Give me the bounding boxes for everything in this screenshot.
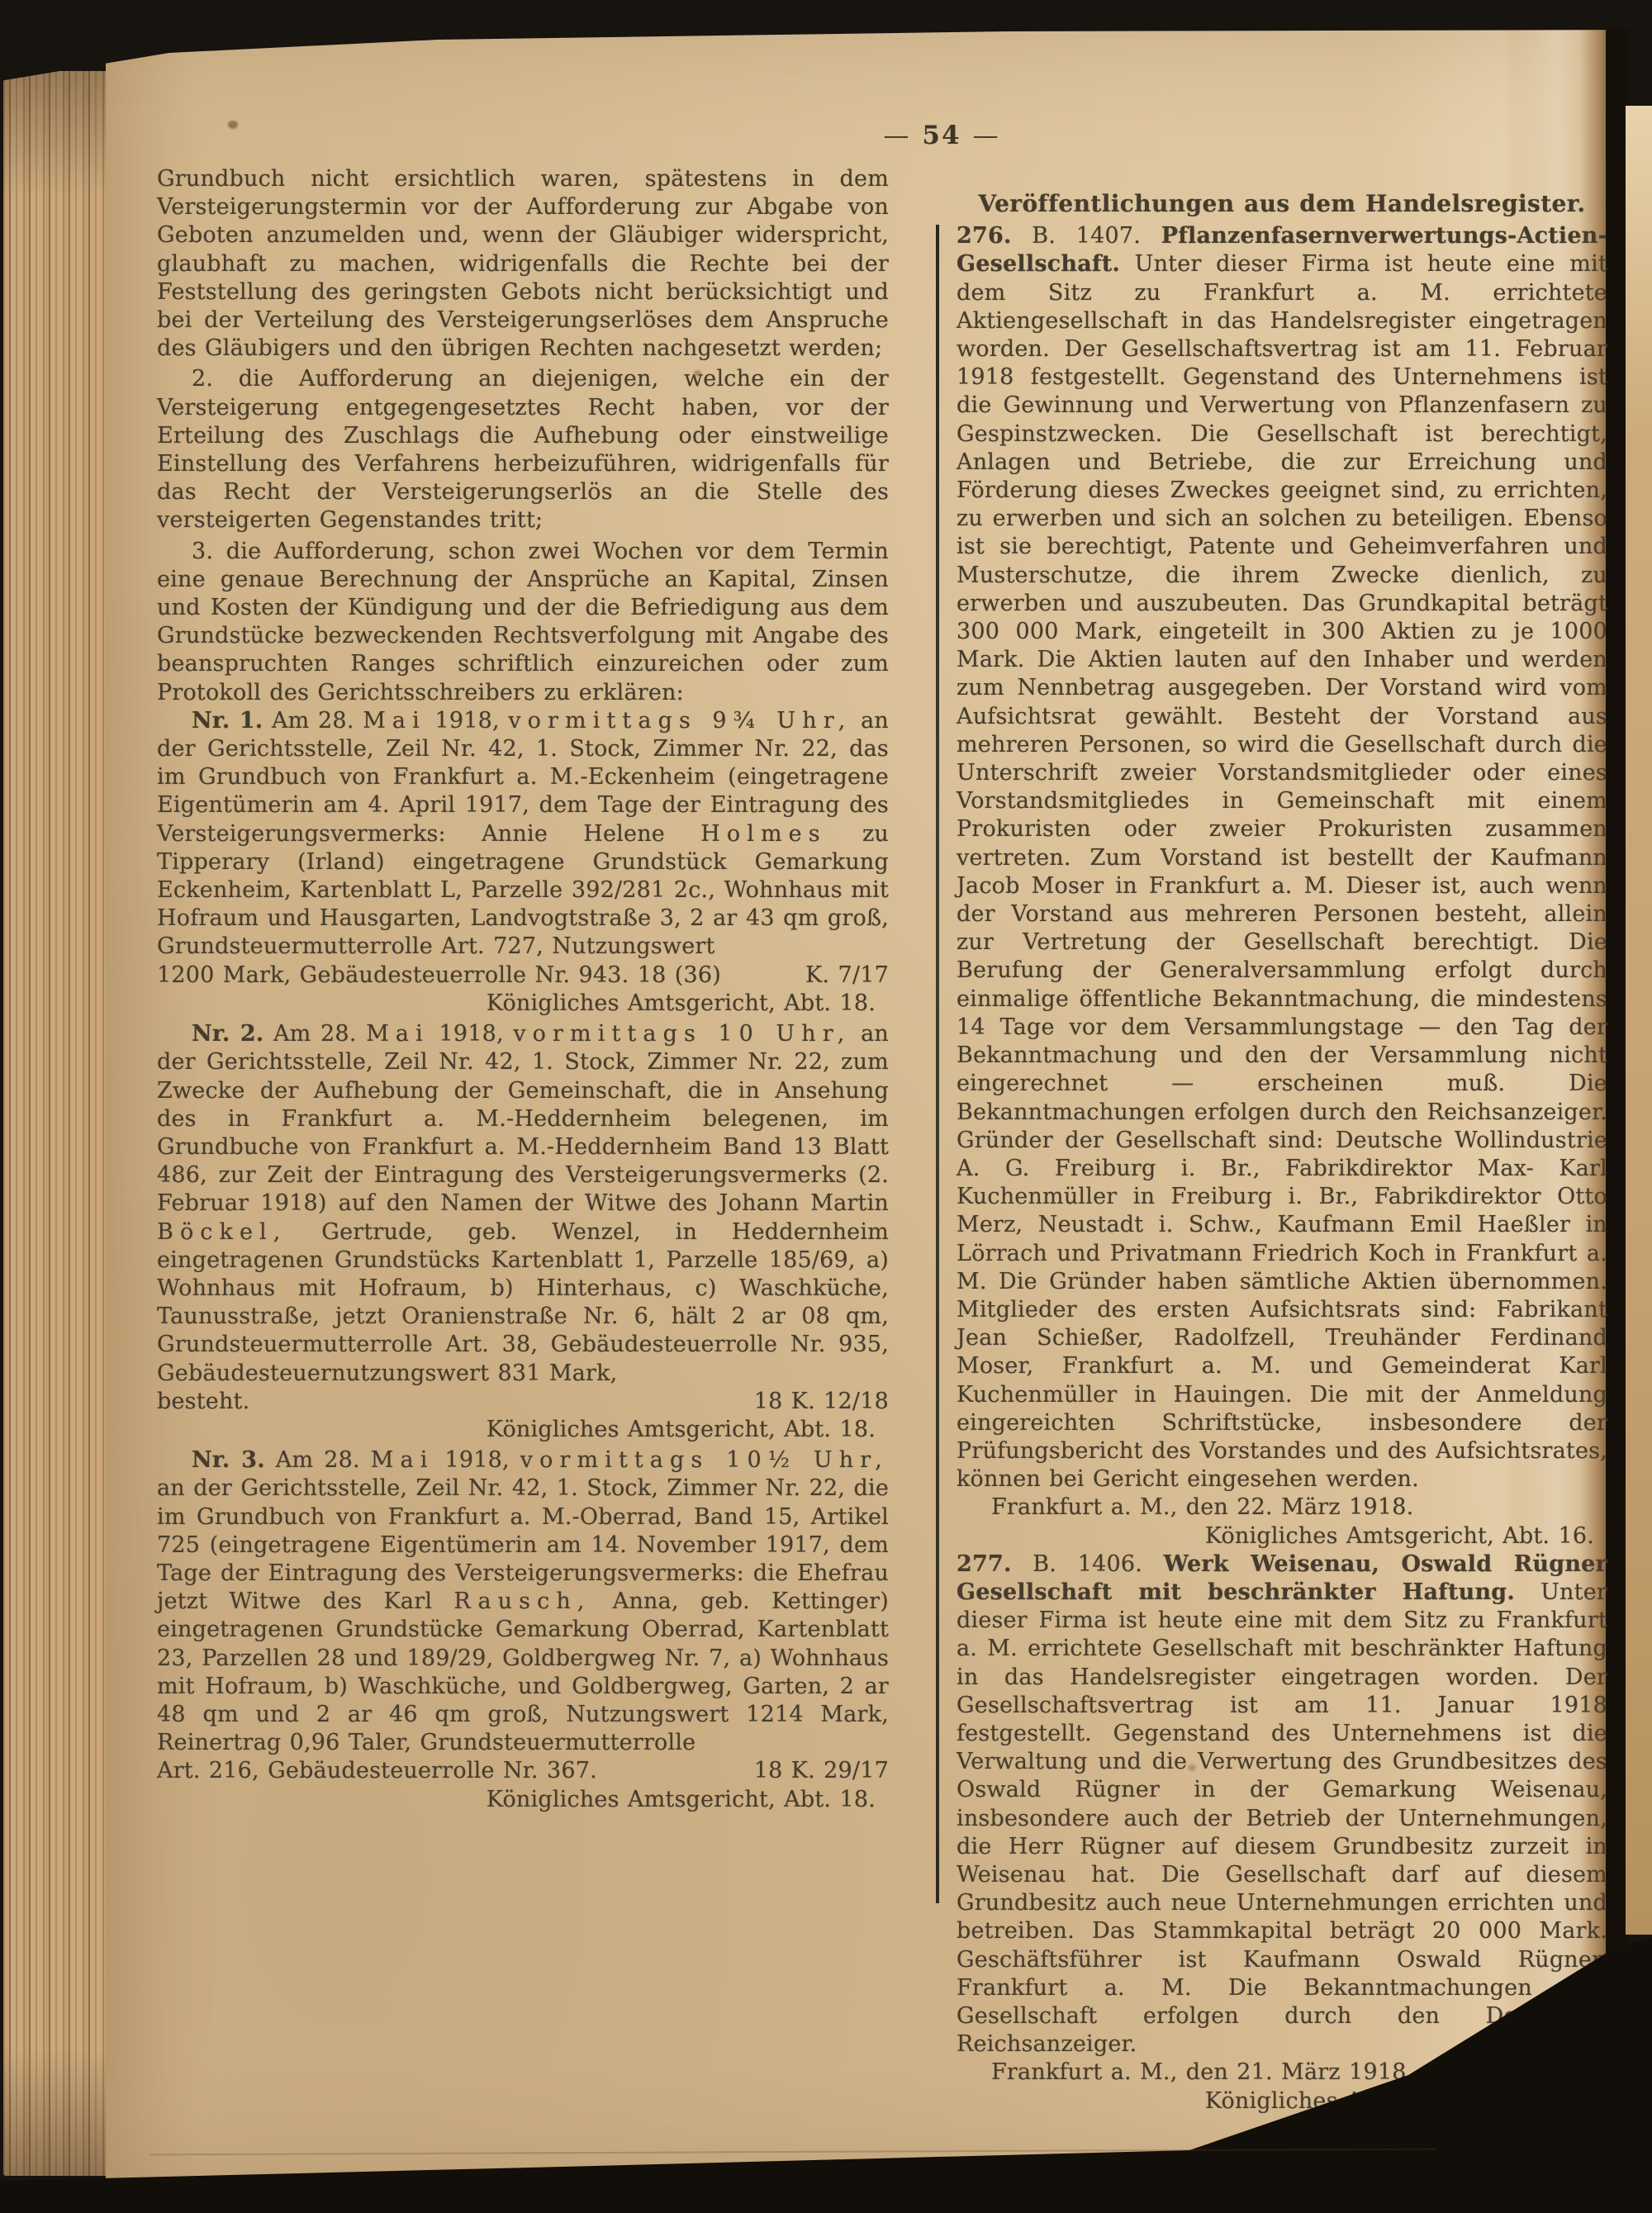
notice-nr2-time: vormittags 10 Uhr, <box>513 1021 851 1047</box>
notice-nr3-date: Am 28. <box>276 1447 360 1473</box>
notice-nr2-lastline: besteht. 18 K. 12/18 <box>157 1388 889 1416</box>
notice-nr1-date: Am 28. <box>272 708 354 734</box>
entry-276-body: Unter dieser Firma ist heute eine mit de… <box>957 251 1607 1492</box>
paragraph-continuation: Grundbuch nicht ersichtlich waren, späte… <box>157 165 889 363</box>
entry-277-number: 277. <box>957 1551 1012 1577</box>
paragraph-item-3: 3. die Aufforderung, schon zwei Wochen v… <box>157 538 889 707</box>
notice-nr1-lastline-text: 1200 Mark, Gebäudesteuerrolle Nr. 943. 1… <box>157 962 721 990</box>
notice-nr1-label: Nr. 1. <box>192 708 263 734</box>
notice-nr3-file-ref: 18 K. 29/17 <box>754 1757 889 1785</box>
entry-276-signature: Königliches Amtsgericht, Abt. 16. <box>957 1522 1607 1551</box>
notice-nr1-signature: Königliches Amtsgericht, Abt. 18. <box>157 990 889 1018</box>
paper-stain <box>1188 1764 1196 1771</box>
notice-nr2-body: an der Gerichtsstelle, Zeil Nr. 42, 1. S… <box>157 1021 889 1216</box>
page-number-dash-right: — <box>961 121 1012 150</box>
notice-nr3-signature: Königliches Amtsgericht, Abt. 18. <box>157 1786 889 1814</box>
entry-276-register-ref: B. 1407. <box>1032 223 1141 249</box>
notice-nr3-month: Mai <box>371 1447 434 1473</box>
notice-nr1-time: vormittags 9¾ Uhr, <box>508 708 852 734</box>
notice-nr2-lastline-text: besteht. <box>157 1388 249 1416</box>
page-number-dash-left: — <box>871 121 922 150</box>
paper-stain <box>694 370 701 377</box>
entry-276-dateline: Frankfurt a. M., den 22. März 1918. <box>957 1494 1607 1522</box>
notice-nr1-owner-name: Holmes <box>700 821 826 847</box>
notice-nr1: Nr. 1. Am 28. Mai 1918, vormittags 9¾ Uh… <box>157 707 889 962</box>
left-column: Grundbuch nicht ersichtlich waren, späte… <box>157 165 889 1814</box>
notice-nr2-date: Am 28. <box>273 1021 357 1047</box>
notice-nr2-month: Mai <box>366 1021 430 1047</box>
notice-nr3-lastline: Art. 216, Gebäudesteuerrolle Nr. 367. 18… <box>157 1757 889 1785</box>
book-page-edges <box>3 71 107 2176</box>
notice-nr1-file-ref: K. 7/17 <box>805 962 889 990</box>
notice-nr1-lastline: 1200 Mark, Gebäudesteuerrolle Nr. 943. 1… <box>157 962 889 990</box>
entry-276-number: 276. <box>957 223 1012 249</box>
notice-nr2-owner-name: Böckel, <box>157 1219 287 1245</box>
page-number-value: 54 <box>922 121 961 150</box>
notice-nr3: Nr. 3. Am 28. Mai 1918, vormittags 10½ U… <box>157 1446 889 1757</box>
notice-nr3-lastline-text: Art. 216, Gebäudesteuerrolle Nr. 367. <box>157 1757 597 1785</box>
column-divider <box>936 225 939 1903</box>
notice-nr3-year: 1918, <box>444 1447 509 1473</box>
notice-nr2-signature: Königliches Amtsgericht, Abt. 18. <box>157 1416 889 1444</box>
notice-nr1-year: 1918, <box>434 708 499 734</box>
register-entry-277: 277. B. 1406. Werk Weisenau, Oswald Rügn… <box>957 1551 1607 2059</box>
facing-page-edge <box>1626 106 1652 1935</box>
notice-nr2-file-ref: 18 K. 12/18 <box>754 1388 889 1416</box>
notice-nr2: Nr. 2. Am 28. Mai 1918, vormittags 10 Uh… <box>157 1020 889 1388</box>
entry-277-register-ref: B. 1406. <box>1032 1551 1142 1577</box>
notice-nr3-time: vormittags 10½ Uhr, <box>520 1447 889 1473</box>
entry-277-body: Unter dieser Firma ist heute eine mit de… <box>957 1579 1607 2057</box>
register-entry-276: 276. B. 1407. Pflanzenfasernverwertungs-… <box>957 222 1607 1494</box>
notice-nr3-owner-name: Rausch, <box>453 1589 591 1614</box>
notice-nr3-label: Nr. 3. <box>192 1447 265 1473</box>
right-column: Veröffentlichungen aus dem Handelsregist… <box>957 190 1607 2116</box>
notice-nr1-month: Mai <box>363 708 426 734</box>
notice-nr2-label: Nr. 2. <box>192 1021 263 1047</box>
notice-nr2-year: 1918, <box>439 1021 503 1047</box>
page-number: —54— <box>839 121 1044 150</box>
paper-stain <box>228 121 238 129</box>
section-heading: Veröffentlichungen aus dem Handelsregist… <box>957 190 1607 218</box>
book-scan: { "colors": { "paper": "#d2b68c", "ink":… <box>0 0 1652 2213</box>
paragraph-item-2: 2. die Aufforderung an diejenigen, welch… <box>157 365 889 534</box>
